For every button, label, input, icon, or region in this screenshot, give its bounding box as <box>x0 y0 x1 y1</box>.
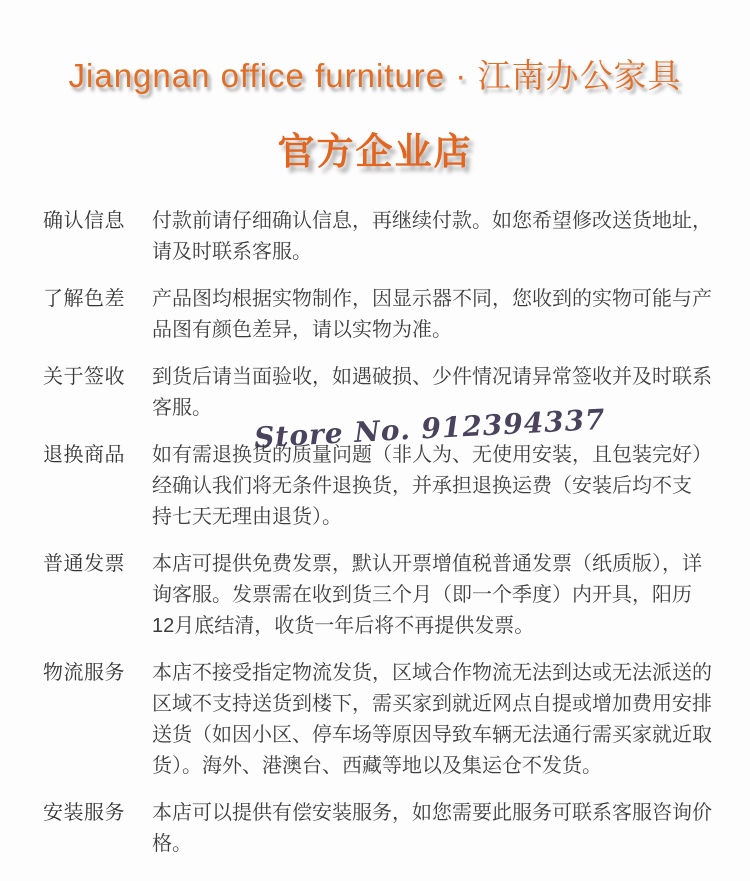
policy-section-text: 本店可提供免费发票，默认开票增值税普通发票（纸质版），详 询客服。发票需在收到货… <box>152 549 737 642</box>
policy-section-confirm-info: 确认信息 付款前请仔细确认信息，再继续付款。如您希望修改送货地址， 请及时联系客… <box>43 206 743 268</box>
policy-section-text: 产品图均根据实物制作，因显示器不同，您收到的实物可能与产 品图有颜色差异，请以实… <box>152 284 737 346</box>
store-header: Jiangnan office furniture · 江南办公家具 官方企业店 <box>0 0 750 175</box>
policy-section-label: 物流服务 <box>43 658 152 689</box>
policy-section-invoice: 普通发票 本店可提供免费发票，默认开票增值税普通发票（纸质版），详 询客服。发票… <box>43 549 743 642</box>
policy-section-label: 确认信息 <box>43 206 152 237</box>
policy-section-label: 了解色差 <box>43 284 152 315</box>
policy-section-installation: 安装服务 本店可以提供有偿安装服务，如您需要此服务可联系客服咨询价 格。 <box>43 798 743 860</box>
policy-section-text: 本店可以提供有偿安装服务，如您需要此服务可联系客服咨询价 格。 <box>152 798 737 860</box>
policy-section-label: 普通发票 <box>43 549 152 580</box>
policy-section-label: 关于签收 <box>43 362 152 393</box>
store-brand-title: Jiangnan office furniture · 江南办公家具 <box>0 50 750 97</box>
policy-section-sign-receipt: 关于签收 到货后请当面验收，如遇破损、少件情况请异常签收并及时联系 客服。 <box>43 362 743 424</box>
policy-section-color-difference: 了解色差 产品图均根据实物制作，因显示器不同，您收到的实物可能与产 品图有颜色差… <box>43 284 743 346</box>
policy-sections: 确认信息 付款前请仔细确认信息，再继续付款。如您希望修改送货地址， 请及时联系客… <box>43 206 743 876</box>
policy-section-logistics: 物流服务 本店不接受指定物流发货，区域合作物流无法到达或无法派送的 区域不支持送… <box>43 658 743 782</box>
policy-section-returns: 退换商品 如有需退换货的质量问题（非人为、无使用安装，且包装完好） 经确认我们将… <box>43 440 743 533</box>
page-root: { "header": { "brand_line": "Jiangnan of… <box>0 0 750 881</box>
policy-section-text: 到货后请当面验收，如遇破损、少件情况请异常签收并及时联系 客服。 <box>152 362 737 424</box>
policy-section-text: 付款前请仔细确认信息，再继续付款。如您希望修改送货地址， 请及时联系客服。 <box>152 206 737 268</box>
policy-section-text: 本店不接受指定物流发货，区域合作物流无法到达或无法派送的 区域不支持送货到楼下，… <box>152 658 737 782</box>
policy-section-label: 退换商品 <box>43 440 152 471</box>
policy-section-text: 如有需退换货的质量问题（非人为、无使用安装，且包装完好） 经确认我们将无条件退换… <box>152 440 737 533</box>
policy-section-label: 安装服务 <box>43 798 152 829</box>
store-type-title: 官方企业店 <box>0 121 750 175</box>
